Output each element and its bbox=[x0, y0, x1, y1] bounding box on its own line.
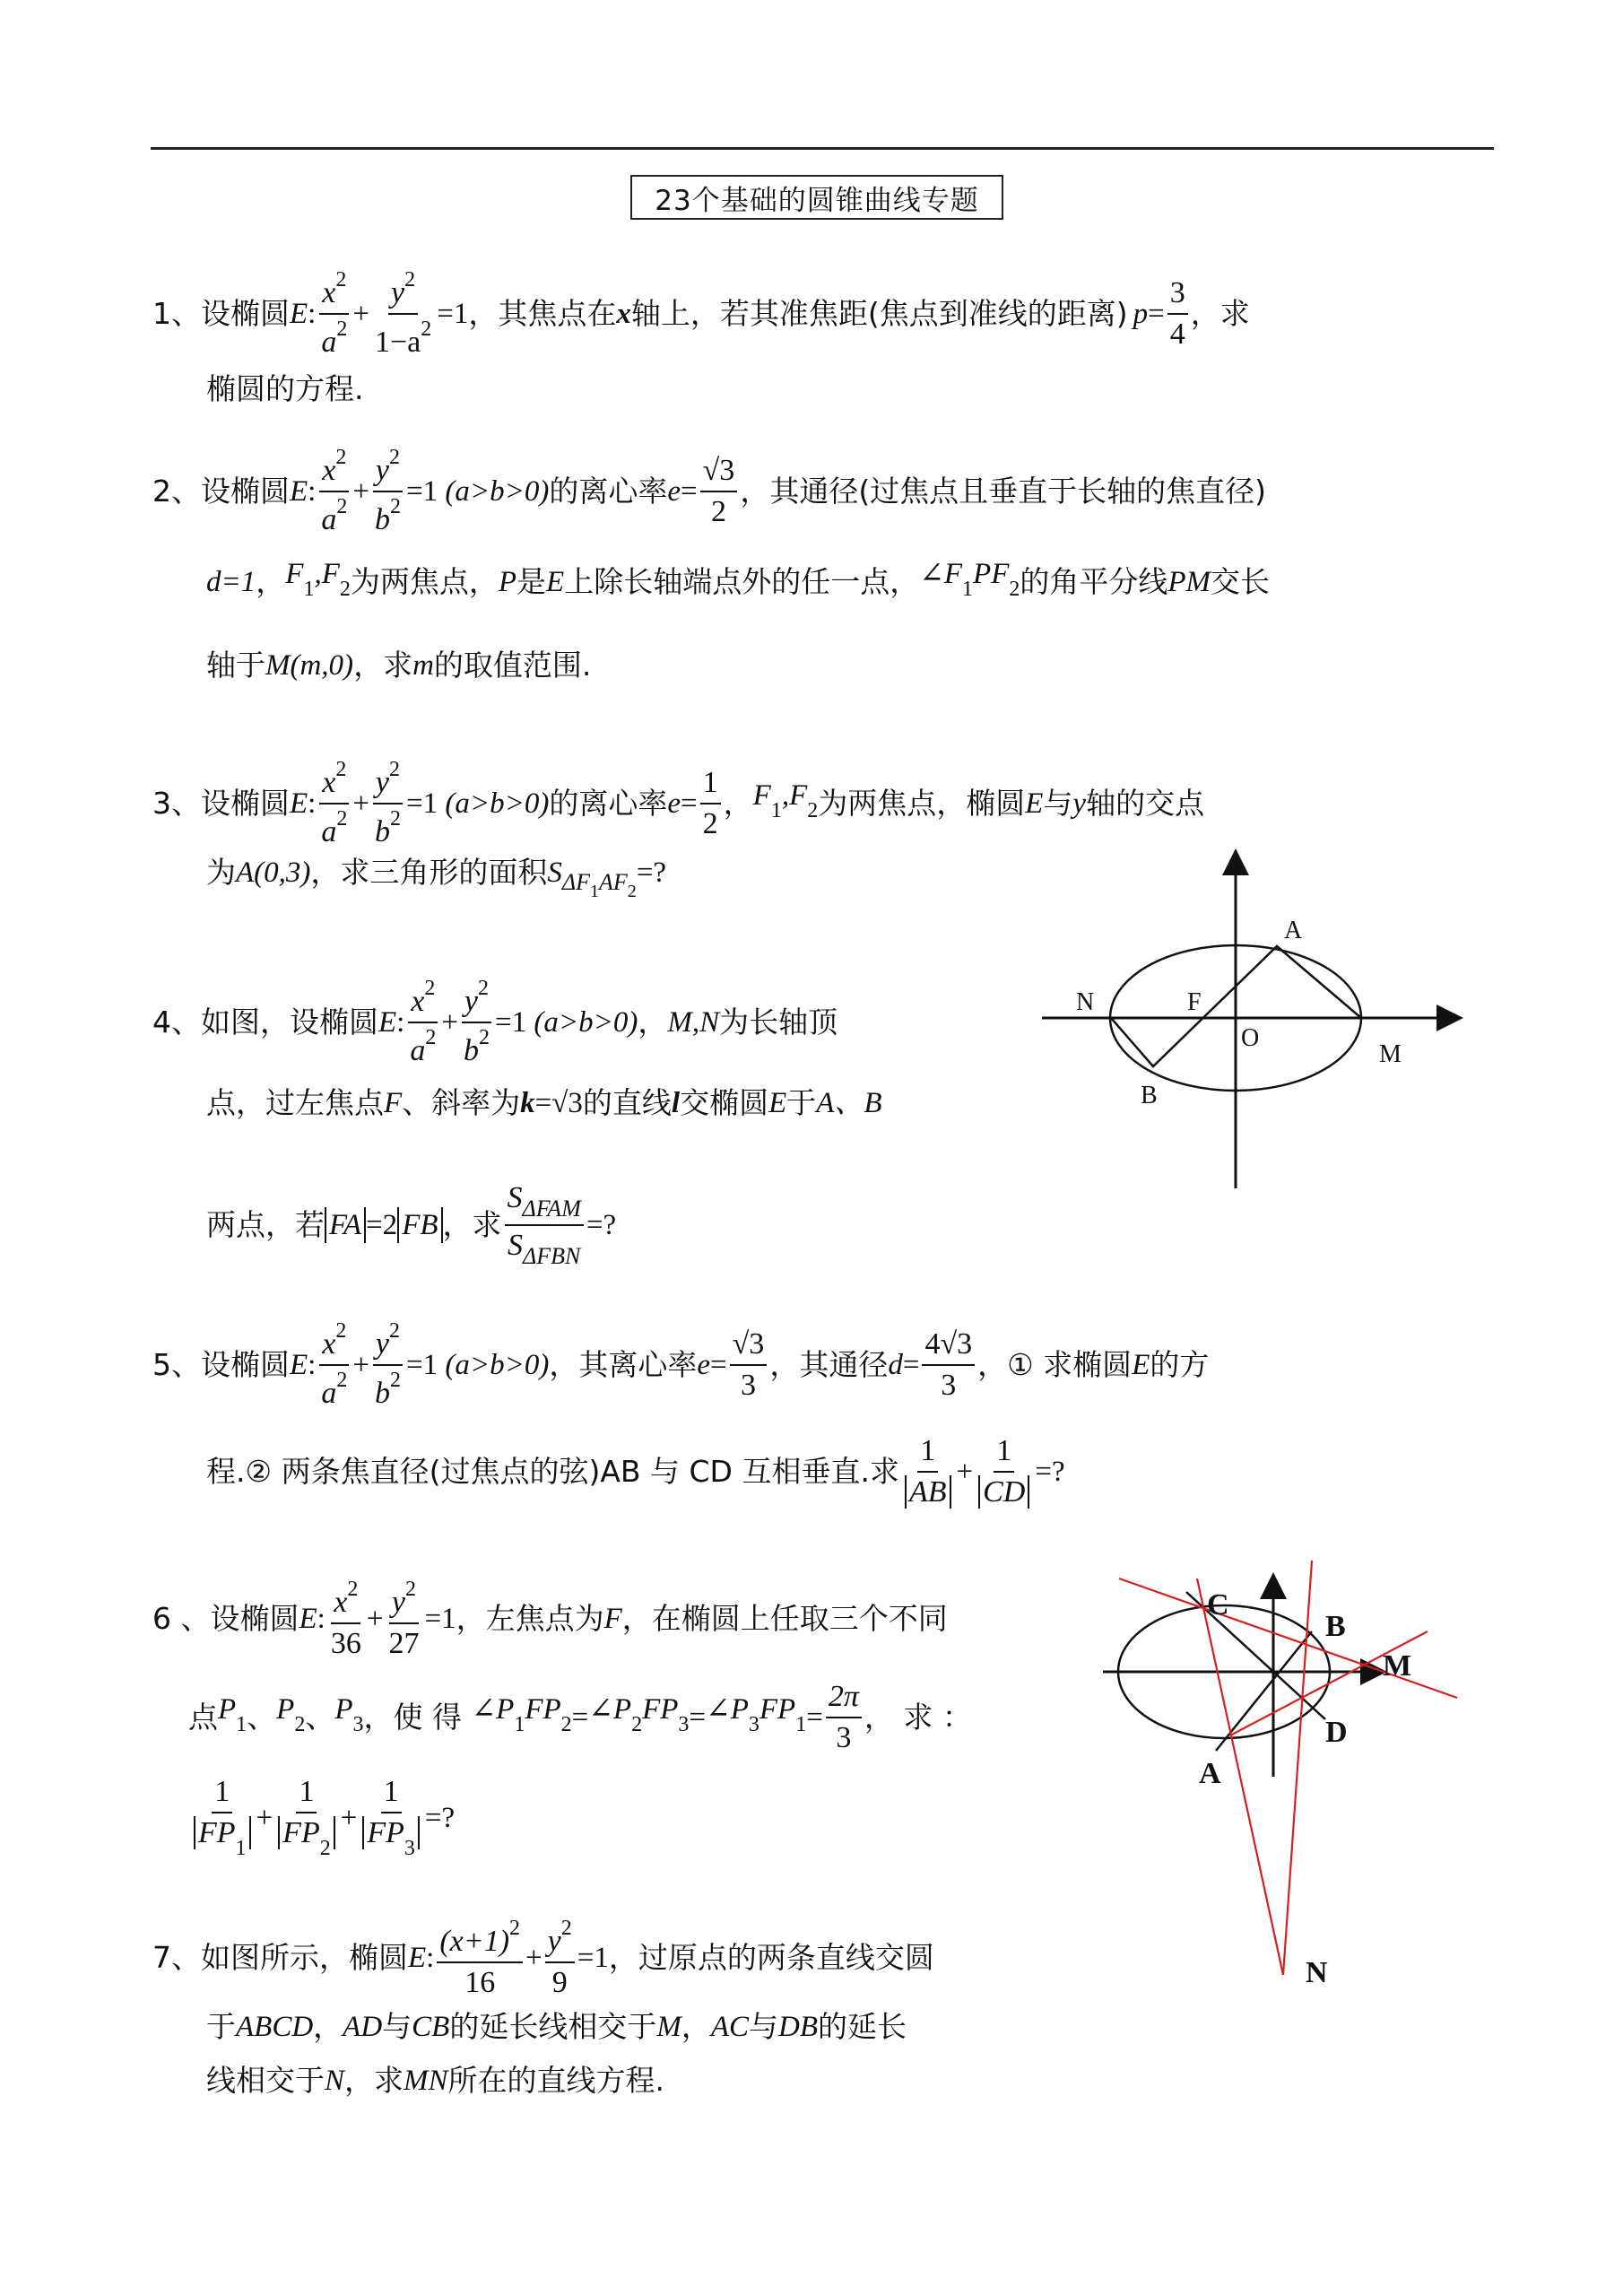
figure-ellipse-mn-lines: C B M D A N bbox=[1103, 1561, 1533, 2099]
fraction-y2-1-a2: y21−a2 bbox=[372, 269, 434, 358]
problem-2-line-3: 轴于M(m,0) ，求m 的取值范围. bbox=[206, 648, 591, 683]
problem-2-line-2: d=1， F1,F2为两焦点， P是 E上除长轴端点外的任一点， ∠F1PF2的… bbox=[206, 556, 1270, 607]
header-rule bbox=[151, 147, 1494, 150]
red-construction-lines bbox=[1119, 1561, 1457, 1975]
problem-5-line-2: 程.② 两条焦直径(过焦点的弦)AB 与 CD 互相垂直.求 1AB + 1CD… bbox=[206, 1435, 1065, 1508]
problem-3-line-1: 3、设椭圆 E: x2a2+ y2b2 =1 (a>b>0) 的离心率e= 12… bbox=[152, 759, 1204, 848]
label-A: A bbox=[1199, 1757, 1221, 1790]
problem-7-line-3: 线相交于N ，求MN 所在的直线方程. bbox=[206, 2063, 664, 2099]
problem-1-line-1: 1、设椭圆 E: x2a2 + y21−a2 =1，其焦点在 x轴上，若其准焦距… bbox=[152, 269, 1250, 358]
figure-ellipse-focal-chord: A B N F O M bbox=[1031, 843, 1515, 1220]
problem-6-line-2: 点 P1、P2、P3 ，使 得 ∠P1FP2= ∠P2FP3= ∠P3FP1= … bbox=[188, 1681, 972, 1753]
label-N: N bbox=[1306, 1956, 1328, 1989]
fraction-x2-a2: x2a2 bbox=[318, 269, 350, 358]
problem-3-line-2: 为A(0,3) ，求三角形的面积 SΔF1AF2 =? bbox=[206, 850, 666, 895]
problem-7-line-2: 于ABCD ，AD 与CB 的延长线相交于M ，AC 与DB 的延长 bbox=[206, 2009, 907, 2045]
fraction-3-4: 34 bbox=[1167, 277, 1188, 350]
problem-1-line-2: 椭圆的方程. bbox=[206, 371, 364, 407]
label-A: A bbox=[1284, 917, 1303, 944]
label-F: F bbox=[1187, 988, 1202, 1016]
problem-7-line-1: 7、如图所示，椭圆 E: (x+1)216+ y29 =1，过原点的两条直线交圆 bbox=[152, 1918, 934, 1998]
problem-6-line-1: 6 、设椭圆 E: x236+ y227 =1，左焦点为F ，在椭圆上任取三个不… bbox=[152, 1578, 948, 1659]
label-N: N bbox=[1076, 988, 1094, 1016]
problem-2-line-1: 2、设椭圆 E: x2a2+ y2b2 =1 (a>b>0) 的离心率e= √3… bbox=[152, 447, 1266, 535]
problem-4-line-3: 两点，若FA =2FB ，求 SΔFAM SΔFBN =? bbox=[206, 1182, 616, 1269]
fraction-sqrt3-2: √32 bbox=[700, 455, 738, 527]
label-B: B bbox=[1141, 1082, 1158, 1109]
fraction-area-ratio: SΔFAM SΔFBN bbox=[505, 1182, 584, 1269]
label-M: M bbox=[1379, 1040, 1402, 1068]
label-D: D bbox=[1325, 1716, 1348, 1749]
problem-6-line-3: 1FP1+ 1FP2+ 1FP3 =? bbox=[188, 1776, 455, 1860]
label-C: C bbox=[1207, 1588, 1229, 1622]
label-M: M bbox=[1383, 1649, 1411, 1683]
problem-4-line-2: 点，过左焦点F 、斜率为k =√3的直线 l交椭圆 E于A、B bbox=[206, 1085, 882, 1121]
problem-5-line-1: 5、设椭圆 E: x2a2+ y2b2 =1 (a>b>0) ，其离心率e= √… bbox=[152, 1320, 1209, 1409]
label-B: B bbox=[1325, 1610, 1346, 1643]
document-title: 23个基础的圆锥曲线专题 bbox=[630, 175, 1003, 220]
fraction-1-2: 12 bbox=[700, 767, 721, 839]
label-O: O bbox=[1241, 1024, 1259, 1052]
problem-4-line-1: 4、如图，设椭圆 E: x2a2+ y2b2 =1 (a>b>0)， M,N为长… bbox=[152, 978, 838, 1066]
